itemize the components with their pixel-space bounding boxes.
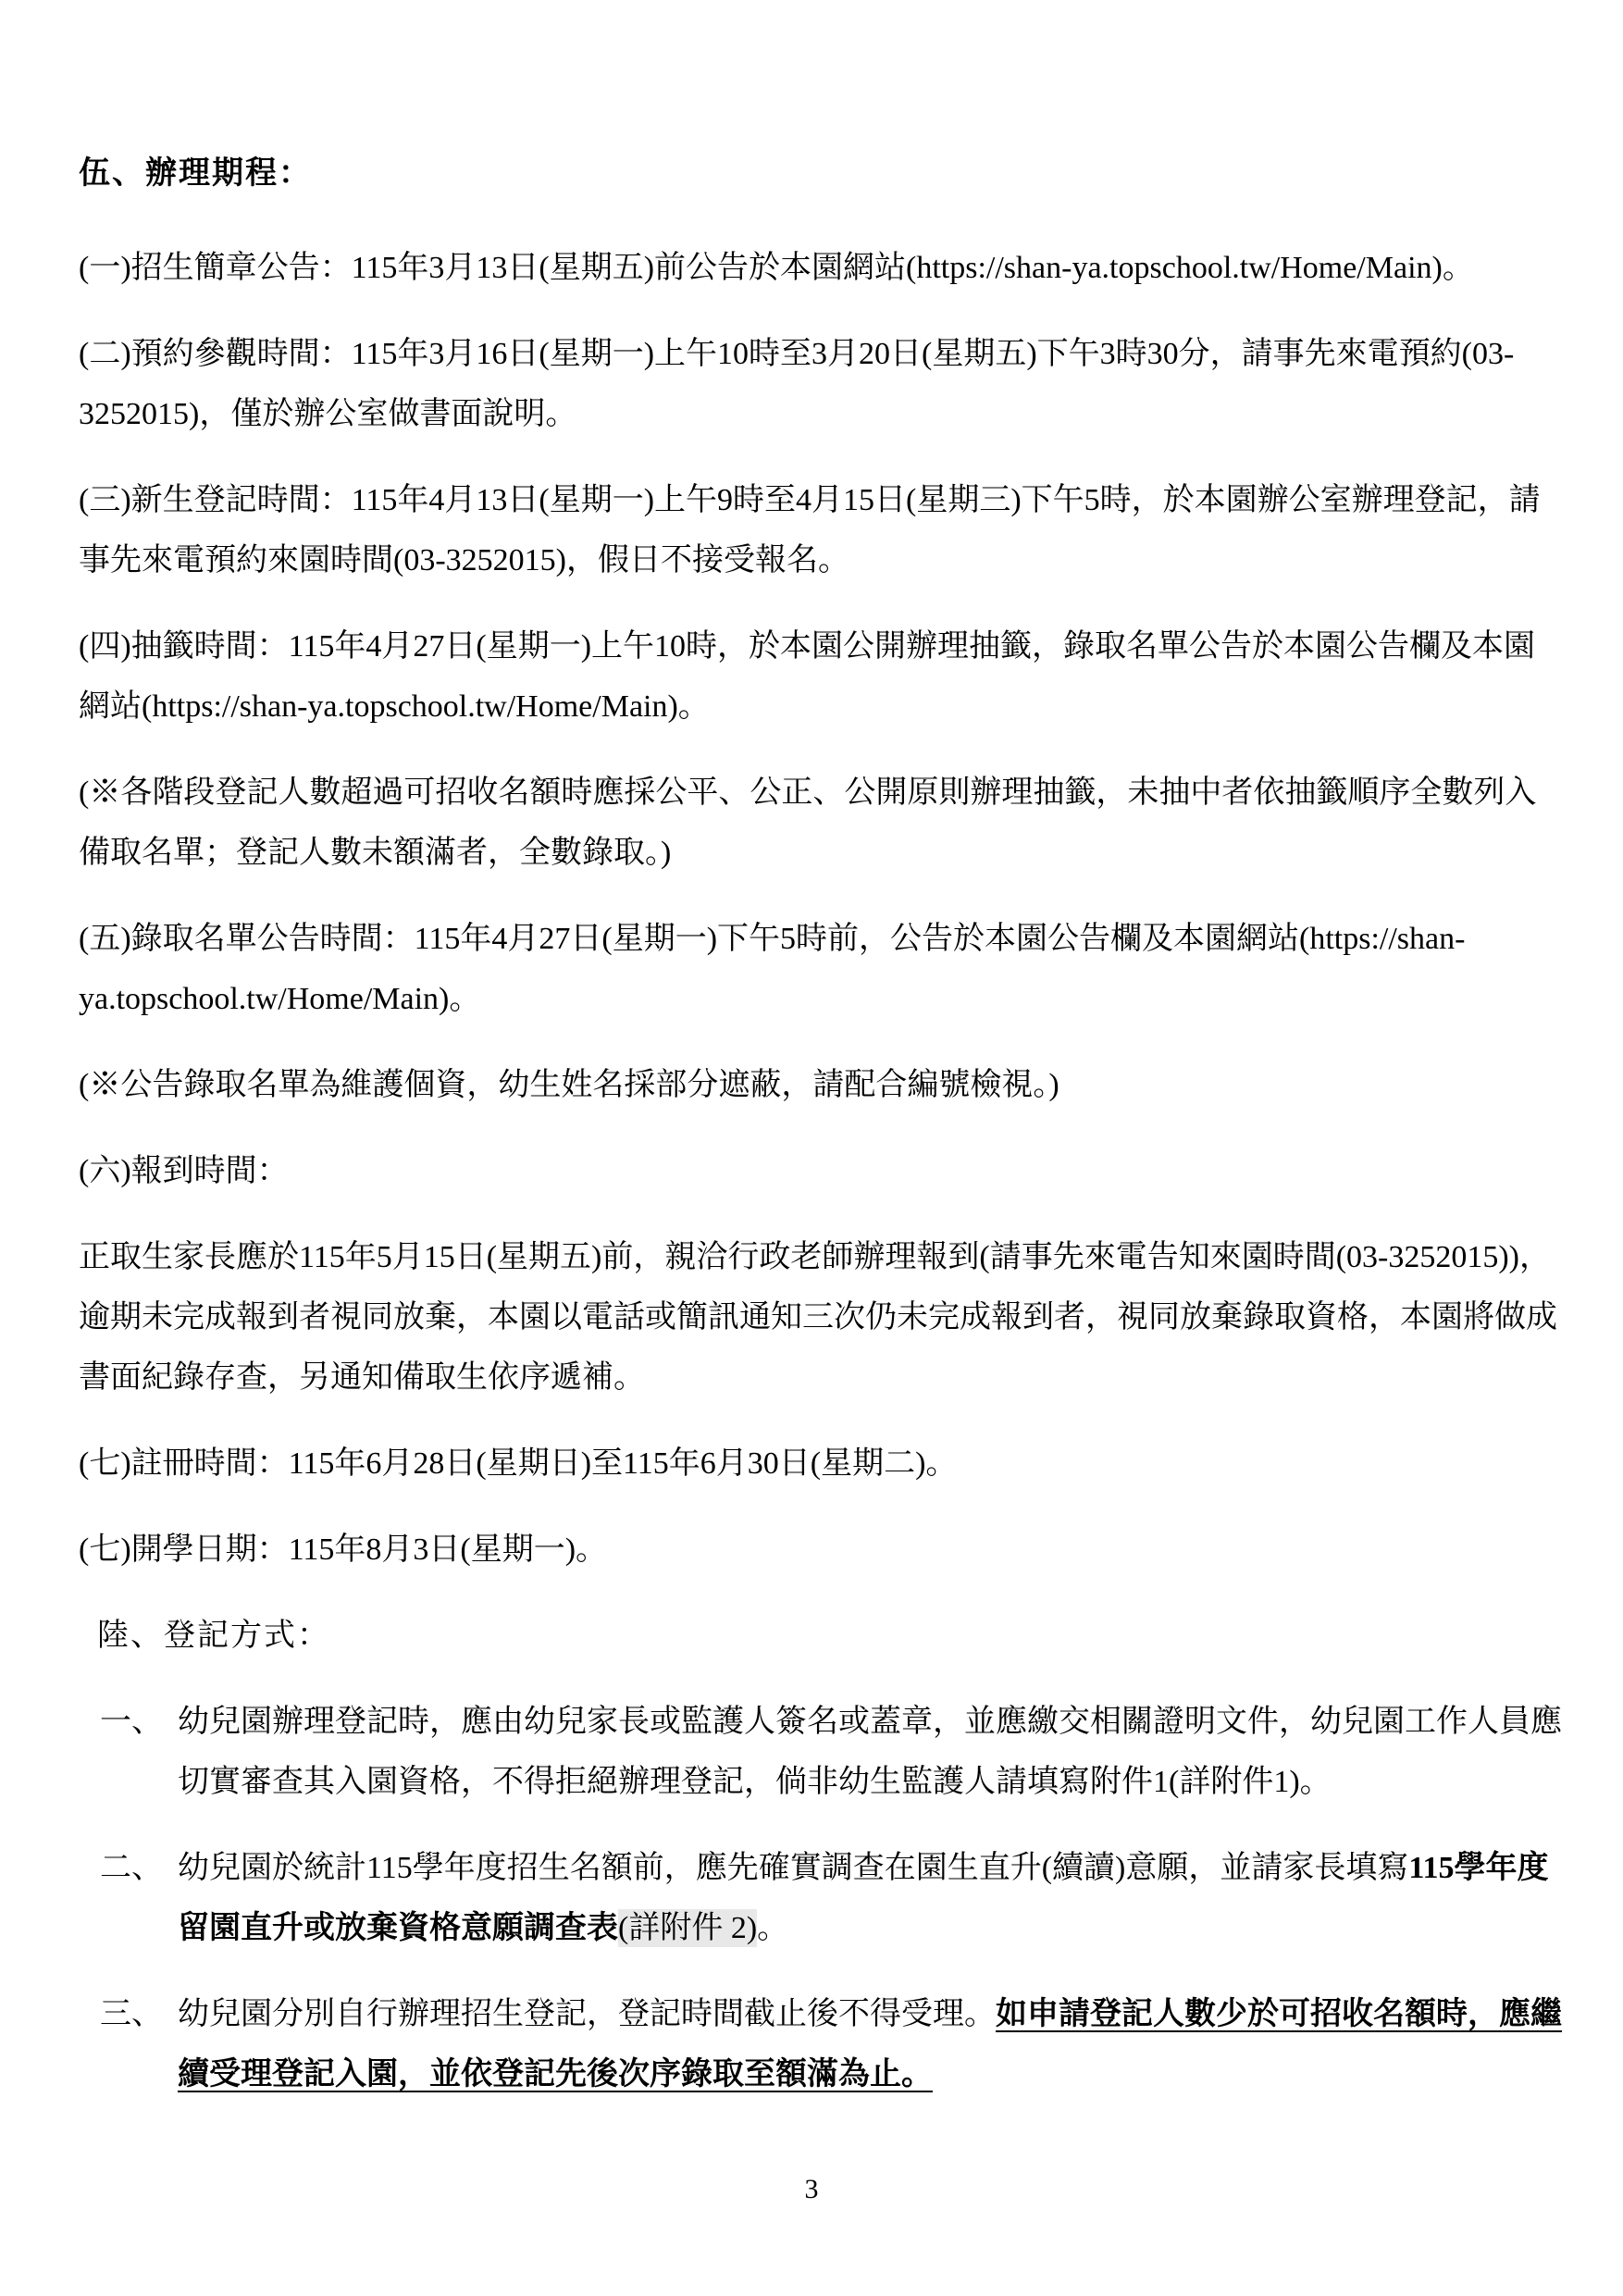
document-body: 伍、辦理期程：(一)招生簡章公告：115年3月13日(星期五)前公告於本園網站(… [79,143,1566,2130]
list-marker: 一、 [100,1692,163,1752]
text-run: (五)錄取名單公告時間：115年4月27日(星期一)下午5時前，公告於本園公告欄… [79,922,1465,1016]
paragraph: (七)註冊時間：115年6月28日(星期日)至115年6月30日(星期二)。 [79,1433,1566,1494]
text-run: 伍、辦理期程： [79,156,312,191]
text-run: (※公告錄取名單為維護個資，幼生姓名採部分遮蔽，請配合編號檢視。) [79,1068,1059,1102]
list-marker: 三、 [100,1984,163,2044]
paragraph: (七)開學日期：115年8月3日(星期一)。 [79,1520,1566,1580]
paragraph: (五)錄取名單公告時間：115年4月27日(星期一)下午5時前，公告於本園公告欄… [79,909,1566,1029]
paragraph: (三)新生登記時間：115年4月13日(星期一)上午9時至4月15日(星期三)下… [79,470,1566,590]
text-run: (二)預約參觀時間：115年3月16日(星期一)上午10時至3月20日(星期五)… [79,337,1514,431]
paragraph: (※各階段登記人數超過可招收名額時應採公平、公正、公開原則辦理抽籤，未抽中者依抽… [79,763,1566,883]
paragraph: (四)抽籤時間：115年4月27日(星期一)上午10時，於本園公開辦理抽籤，錄取… [79,616,1566,737]
text-run: (七)註冊時間：115年6月28日(星期日)至115年6月30日(星期二)。 [79,1446,957,1481]
list-item: 一、幼兒園辦理登記時，應由幼兒家長或監護人簽名或蓋章，並應繳交相關證明文件，幼兒… [100,1692,1566,1812]
paragraph: 正取生家長應於115年5月15日(星期五)前，親洽行政老師辦理報到(請事先來電告… [79,1227,1566,1408]
text-run: (詳附件 2) [618,1909,757,1947]
text-run: 幼兒園辦理登記時，應由幼兒家長或監護人簽名或蓋章，並應繳交相關證明文件，幼兒園工… [178,1705,1562,1799]
list-marker: 二、 [100,1838,163,1898]
text-run: 幼兒園於統計115學年度招生名額前，應先確實調查在園生直升(續讀)意願，並請家長… [178,1851,1408,1885]
text-run: 正取生家長應於115年5月15日(星期五)前，親洽行政老師辦理報到(請事先來電告… [79,1240,1557,1395]
text-run: (四)抽籤時間：115年4月27日(星期一)上午10時，於本園公開辦理抽籤，錄取… [79,629,1535,724]
text-run: (一)招生簡章公告：115年3月13日(星期五)前公告於本園網站(https:/… [79,251,1474,285]
document-page: 伍、辦理期程：(一)招生簡章公告：115年3月13日(星期五)前公告於本園網站(… [0,0,1623,2296]
paragraph: (※公告錄取名單為維護個資，幼生姓名採部分遮蔽，請配合編號檢視。) [79,1055,1566,1115]
text-run: 。 [757,1911,788,1945]
text-run: 幼兒園分別自行辦理招生登記，登記時間截止後不得受理。 [178,1997,996,2031]
list-item: 二、幼兒園於統計115學年度招生名額前，應先確實調查在園生直升(續讀)意願，並請… [100,1838,1566,1958]
page-number: 3 [0,2173,1623,2206]
section-heading: 伍、辦理期程： [79,143,1566,204]
text-run: 陸、登記方式： [97,1619,330,1653]
text-run: (六)報到時間： [79,1154,289,1188]
section-heading: 陸、登記方式： [97,1606,1566,1666]
paragraph: (六)報到時間： [79,1141,1566,1201]
list-item: 三、幼兒園分別自行辦理招生登記，登記時間截止後不得受理。如申請登記人數少於可招收… [100,1984,1566,2104]
paragraph: (二)預約參觀時間：115年3月16日(星期一)上午10時至3月20日(星期五)… [79,324,1566,444]
text-run: (七)開學日期：115年8月3日(星期一)。 [79,1533,607,1567]
text-run: (※各階段登記人數超過可招收名額時應採公平、公正、公開原則辦理抽籤，未抽中者依抽… [79,776,1536,870]
text-run: (三)新生登記時間：115年4月13日(星期一)上午9時至4月15日(星期三)下… [79,483,1541,577]
paragraph: (一)招生簡章公告：115年3月13日(星期五)前公告於本園網站(https:/… [79,238,1566,298]
